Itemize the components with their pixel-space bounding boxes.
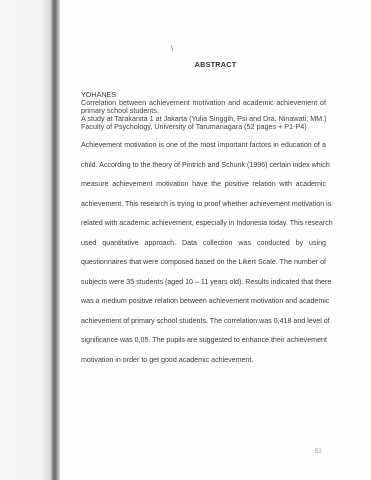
- body-line: achievement. This research is trying to …: [81, 195, 326, 215]
- body-line: child. According to the theory of Pintri…: [81, 156, 326, 176]
- page-title: ABSTRACT: [0, 60, 371, 69]
- abstract-header: YOHANES Correlation between achievement …: [81, 91, 326, 131]
- abstract-body: Achievement motivation is one of the mos…: [81, 136, 326, 370]
- scanned-page: \ ABSTRACT YOHANES Correlation between a…: [0, 0, 371, 480]
- body-line: motivation in order to get good academic…: [81, 351, 326, 371]
- faculty-info: Faculty of Psychology, University of Tar…: [81, 123, 326, 131]
- body-line: achievement of primary school students. …: [81, 312, 326, 332]
- body-line: significance was 0,05. The pupils are su…: [81, 331, 326, 351]
- body-line: measure achievement motivation have the …: [81, 175, 326, 195]
- body-line: was a medium positive relation between a…: [81, 292, 326, 312]
- body-line: used quantitative approach. Data collect…: [81, 234, 326, 254]
- binding-shadow: [0, 0, 60, 480]
- page-number: 52: [315, 449, 322, 455]
- body-line: subjects were 35 students (aged 10 – 11 …: [81, 273, 326, 293]
- body-line: Achievement motivation is one of the mos…: [81, 136, 326, 156]
- body-line: questionnaires that were composed based …: [81, 253, 326, 273]
- body-line: related with academic achievement, espec…: [81, 214, 326, 234]
- stray-mark: \: [171, 44, 173, 53]
